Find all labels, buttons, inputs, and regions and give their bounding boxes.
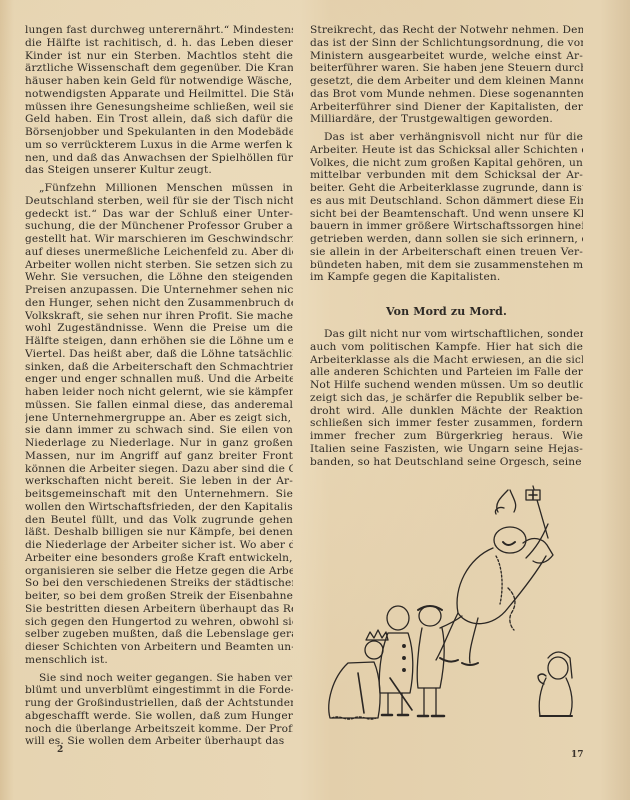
- text-line: Arbeiterklasse als die Macht erwiesen, a…: [310, 354, 583, 367]
- text-line: können die Arbeiter siegen. Dazu aber si…: [25, 463, 293, 476]
- text-line: Arbeiter eine besonders große Kraft entw…: [25, 552, 293, 565]
- text-line: immer frecher zum Bürgerkrieg heraus. Wi…: [310, 430, 583, 443]
- text-line: Sie sind noch weiter gegangen. Sie haben…: [25, 672, 293, 685]
- text-line: menschlich ist.: [25, 654, 293, 667]
- text-line: beiter, so bei dem großen Streik der Eis…: [25, 590, 293, 603]
- text-line: häuser haben kein Geld für notwendige Wä…: [25, 75, 293, 88]
- text-line: wollen den Wirtschaftsfrieden, der den K…: [25, 501, 293, 514]
- text-line: rung der Großindustriellen, daß der Acht…: [25, 697, 293, 710]
- text-line: Milliardäre, der Trustgewaltigen geworde…: [310, 113, 583, 126]
- text-line: Geld haben. Ein Trost allein, daß sich d…: [25, 113, 293, 126]
- paragraph: Das ist aber verhängnisvoll nicht nur fü…: [310, 131, 583, 284]
- text-line: alle anderen Schichten und Parteien im F…: [310, 366, 583, 379]
- page-number-right: 17: [571, 750, 584, 760]
- text-line: Streikrecht, das Recht der Notwehr nehme…: [310, 24, 583, 37]
- text-line: Arbeiterführer sind Diener der Kapitalis…: [310, 101, 583, 114]
- text-line: Börsenjobber und Spekulanten in den Mode…: [25, 126, 293, 139]
- text-line: das ist der Sinn der Schlichtungsordnung…: [310, 37, 583, 50]
- text-line: nen, und daß das Anwachsen der Spielhöll…: [25, 152, 293, 165]
- text-line: Niederlage zu Niederlage. Nur in ganz gr…: [25, 437, 293, 450]
- paragraph: Streikrecht, das Recht der Notwehr nehme…: [310, 24, 583, 126]
- text-line: ärztliche Wissenschaft dem gegenüber. Di…: [25, 62, 293, 75]
- section-heading: Von Mord zu Mord.: [310, 306, 583, 320]
- text-line: Italien seine Faszisten, wie Ungarn sein…: [310, 443, 583, 456]
- text-line: Not Hilfe suchend wenden müssen. Um so d…: [310, 379, 583, 392]
- text-line: das Brot vom Munde nehmen. Diese sogenan…: [310, 88, 583, 101]
- paragraph: Sie sind noch weiter gegangen. Sie haben…: [25, 672, 293, 749]
- text-line: „Fünfzehn Millionen Menschen müssen in: [25, 182, 293, 195]
- text-line: müssen ihre Genesungsheime schließen, we…: [25, 101, 293, 114]
- text-line: auf dieses unermeßliche Leichenfeld zu. …: [25, 246, 293, 259]
- text-line: Hälfte steigen, dann erhöhen sie die Löh…: [25, 335, 293, 348]
- text-line: werkschaften nicht bereit. Sie leben in …: [25, 475, 293, 488]
- text-line: sicht bei der Beamtenschaft. Und wenn un…: [310, 208, 583, 221]
- text-line: Arbeiter. Heute ist das Schicksal aller …: [310, 144, 583, 157]
- text-line: organisieren sie selber die Hetze gegen …: [25, 565, 293, 578]
- text-line: Arbeiter wollen nicht sterben. Sie setze…: [25, 259, 293, 272]
- text-line: läßt. Deshalb billigen sie nur Kämpfe, b…: [25, 526, 293, 539]
- text-line: dieser Schichten von Arbeitern und Beamt…: [25, 641, 293, 654]
- text-line: sich gegen den Hungertod zu wehren, obwo…: [25, 616, 293, 629]
- paragraph: lungen fast durchweg unterernährt.“ Mind…: [25, 24, 293, 177]
- text-line: selber zugeben mußten, daß die Lebenslag…: [25, 628, 293, 641]
- text-line: will es. Sie wollen dem Arbeiter überhau…: [25, 735, 293, 748]
- text-line: bündeten haben, mit dem sie zusammensteh…: [310, 259, 583, 272]
- text-line: gesetzt, die dem Arbeiter und dem kleine…: [310, 75, 583, 88]
- paragraph: „Fünfzehn Millionen Menschen müssen inDe…: [25, 182, 293, 667]
- text-line: mittelbar verbunden mit dem Schicksal de…: [310, 169, 583, 182]
- text-line: notwendigsten Apparate und Heilmittel. D…: [25, 88, 293, 101]
- text-line: Volkes, die nicht zum großen Kapital geh…: [310, 157, 583, 170]
- text-line: müssen. Sie fallen einmal diese, das and…: [25, 399, 293, 412]
- text-line: es aus mit Deutschland. Schon dämmert di…: [310, 195, 583, 208]
- text-line: Preisen anzupassen. Die Unternehmer sehe…: [25, 284, 293, 297]
- text-line: So bei den verschiedenen Streiks der stä…: [25, 577, 293, 590]
- text-line: blümt und unverblümt eingestimmt in die …: [25, 684, 293, 697]
- text-line: bauern in immer größere Wirtschaftssorge…: [310, 220, 583, 233]
- text-line: die Hälfte ist rachitisch, d. h. das Leb…: [25, 37, 293, 50]
- text-line: suchung, die der Münchener Professor Gru…: [25, 220, 293, 233]
- text-line: im Kampfe gegen die Kapitalisten.: [310, 271, 583, 284]
- text-line: jene Unternehmergruppe an. Aber es zeigt…: [25, 412, 293, 425]
- text-line: droht wird. Alle dunklen Mächte der Reak…: [310, 405, 583, 418]
- text-line: beiter. Geht die Arbeiterklasse zugrunde…: [310, 182, 583, 195]
- text-line: zeigt sich das, je schärfer die Republik…: [310, 392, 583, 405]
- text-line: enger und enger schnallen muß. Und die A…: [25, 373, 293, 386]
- text-line: sinken, daß die Arbeiterschaft den Schma…: [25, 361, 293, 374]
- text-line: den Beutel füllt, und das Volk zugrunde …: [25, 514, 293, 527]
- book-spread: lungen fast durchweg unterernährt.“ Mind…: [0, 0, 630, 800]
- text-line: Massen, nur im Angriff auf ganz breiter …: [25, 450, 293, 463]
- page-number-left: 2: [57, 745, 63, 755]
- paragraph: Das gilt nicht nur vom wirtschaftlichen,…: [310, 328, 583, 468]
- text-line: lungen fast durchweg unterernährt.“ Mind…: [25, 24, 293, 37]
- text-line: Wehr. Sie versuchen, die Löhne den steig…: [25, 271, 293, 284]
- text-line: Das gilt nicht nur vom wirtschaftlichen,…: [310, 328, 583, 341]
- text-line: beitsgemeinschaft mit den Unternehmern. …: [25, 488, 293, 501]
- text-line: abgeschafft werde. Sie wollen, daß zum H…: [25, 710, 293, 723]
- text-line: getrieben werden, dann sollen sie sich e…: [310, 233, 583, 246]
- text-line: banden, so hat Deutschland seine Orgesch…: [310, 456, 583, 469]
- text-line: Ministern ausgearbeitet wurde, welche ei…: [310, 50, 583, 63]
- left-page-text: lungen fast durchweg unterernährt.“ Mind…: [25, 24, 293, 748]
- text-line: Volkskraft, sie sehen nur ihren Profit. …: [25, 310, 293, 323]
- text-line: haben leider noch nicht gelernt, wie sie…: [25, 386, 293, 399]
- text-line: das Steigen unserer Kultur zeugt.: [25, 164, 293, 177]
- text-line: noch die überlange Arbeitszeit komme. De…: [25, 723, 293, 736]
- right-page-text: Streikrecht, das Recht der Notwehr nehme…: [310, 24, 583, 468]
- text-line: den Hunger, sehen nicht den Zusammenbruc…: [25, 297, 293, 310]
- text-line: Sie bestritten diesen Arbeitern überhaup…: [25, 603, 293, 616]
- text-line: Viertel. Das heißt aber, daß die Löhne t…: [25, 348, 293, 361]
- text-line: Kinder ist nur ein Sterben. Machtlos ste…: [25, 50, 293, 63]
- text-line: Deutschland sterben, weil für sie der Ti…: [25, 195, 293, 208]
- text-line: die Niederlage der Arbeiter sicher ist. …: [25, 539, 293, 552]
- text-line: wohl Zugeständnisse. Wenn die Preise um …: [25, 322, 293, 335]
- text-line: Das ist aber verhängnisvoll nicht nur fü…: [310, 131, 583, 144]
- text-line: gedeckt ist.“ Das war der Schluß einer U…: [25, 208, 293, 221]
- text-line: auch vom politischen Kampfe. Hier hat si…: [310, 341, 583, 354]
- text-line: sie dann immer zu schwach sind. Sie eile…: [25, 424, 293, 437]
- text-line: um so verrückterem Luxus in die Arme wer…: [25, 139, 293, 152]
- text-line: gestellt hat. Wir marschieren im Geschwi…: [25, 233, 293, 246]
- text-line: sie allein in der Arbeiterschaft einen t…: [310, 246, 583, 259]
- text-line: beiterführer waren. Sie haben jene Steue…: [310, 62, 583, 75]
- cartoon-illustration: [318, 478, 618, 728]
- text-line: schließen sich immer fester zusammen, fo…: [310, 417, 583, 430]
